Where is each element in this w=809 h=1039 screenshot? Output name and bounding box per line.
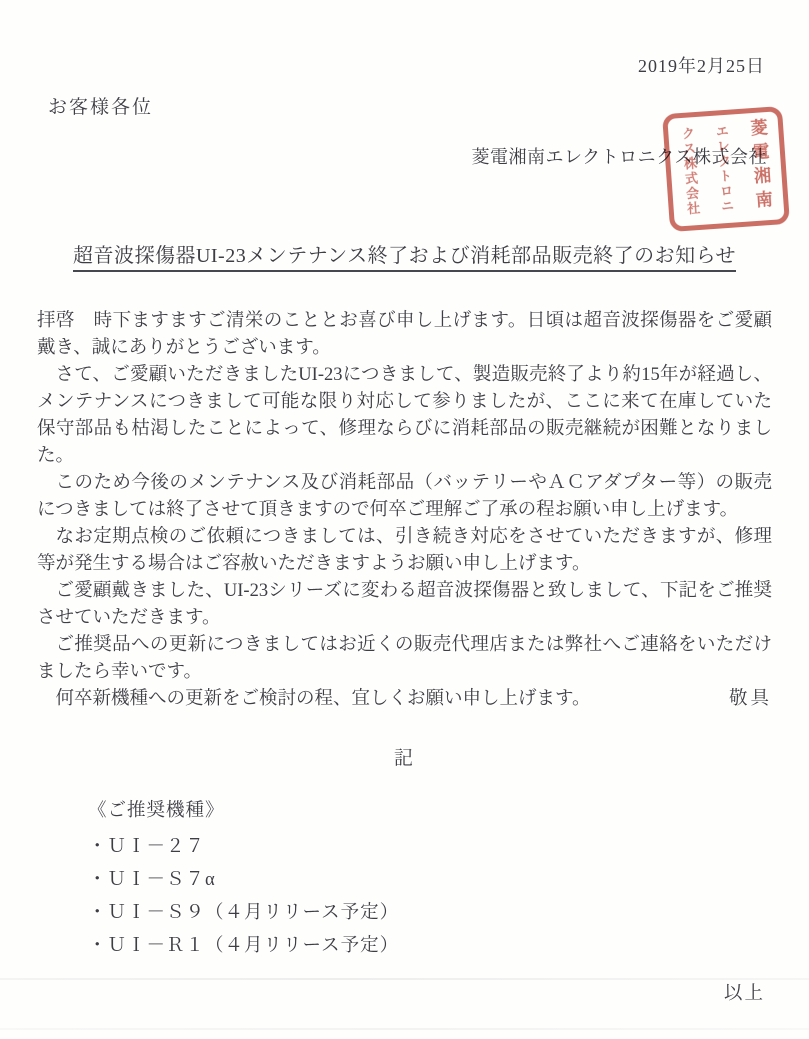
sender-company-name: 菱電湘南エレクトロニクス株式会社: [0, 119, 809, 169]
title-row: 超音波探傷器UI-23メンテナンス終了および消耗部品販売終了のお知らせ: [0, 239, 809, 272]
addressee: お客様各位: [0, 78, 809, 119]
paragraph: なお定期点検のご依頼につきましては、引き続き対応をさせていただきますが、修理等が…: [37, 524, 772, 578]
list-item: ・ＵＩ－Ｓ７α: [88, 864, 809, 897]
page-title: 超音波探傷器UI-23メンテナンス終了および消耗部品販売終了のお知らせ: [73, 239, 736, 272]
list-item: ・ＵＩ－２７: [88, 831, 809, 864]
closing-paragraph: 何卒新機種への更新をご検討の程、宜しくお願い申し上げます。 敬具: [37, 686, 772, 713]
paragraph: このため今後のメンテナンス及び消耗部品（バッテリーやＡＣアダプター等）の販売につ…: [37, 470, 772, 524]
letter-date: 2019年2月25日: [0, 0, 809, 78]
scan-artifact-line: [0, 1028, 809, 1030]
end-marker: 以上: [0, 979, 809, 1005]
paragraph: ご推奨品への更新につきましてはお近くの販売代理店または弊社へご連絡をいただけまし…: [37, 632, 772, 686]
recommended-models-section: 《ご推奨機種》 ・ＵＩ－２７ ・ＵＩ－Ｓ７α ・ＵＩ－Ｓ９（４月リリース予定） …: [0, 798, 809, 963]
letter-page: 2019年2月25日 お客様各位 菱電湘南エレクトロニクス株式会社 菱電湘南 エ…: [0, 0, 809, 1039]
paragraph: 拝啓 時下ますますご清栄のこととお喜び申し上げます。日頃は超音波探傷器をご愛顧戴…: [37, 308, 772, 362]
paragraph: さて、ご愛顧いただきましたUI-23につきまして、製造販売終了より約15年が経過…: [37, 362, 772, 470]
list-item: ・ＵＩ－Ｓ９（４月リリース予定）: [88, 897, 809, 930]
closing-word: 敬具: [729, 686, 772, 713]
letter-body: 拝啓 時下ますますご清栄のこととお喜び申し上げます。日頃は超音波探傷器をご愛顧戴…: [0, 308, 809, 713]
record-marker: 記: [0, 743, 809, 770]
paragraph: ご愛顧戴きました、UI-23シリーズに変わる超音波探傷器と致しまして、下記をご推…: [37, 578, 772, 632]
paragraph: 何卒新機種への更新をご検討の程、宜しくお願い申し上げます。: [37, 686, 591, 713]
recommended-models-heading: 《ご推奨機種》: [88, 798, 809, 825]
list-item: ・ＵＩ－Ｒ１（４月リリース予定）: [88, 930, 809, 963]
